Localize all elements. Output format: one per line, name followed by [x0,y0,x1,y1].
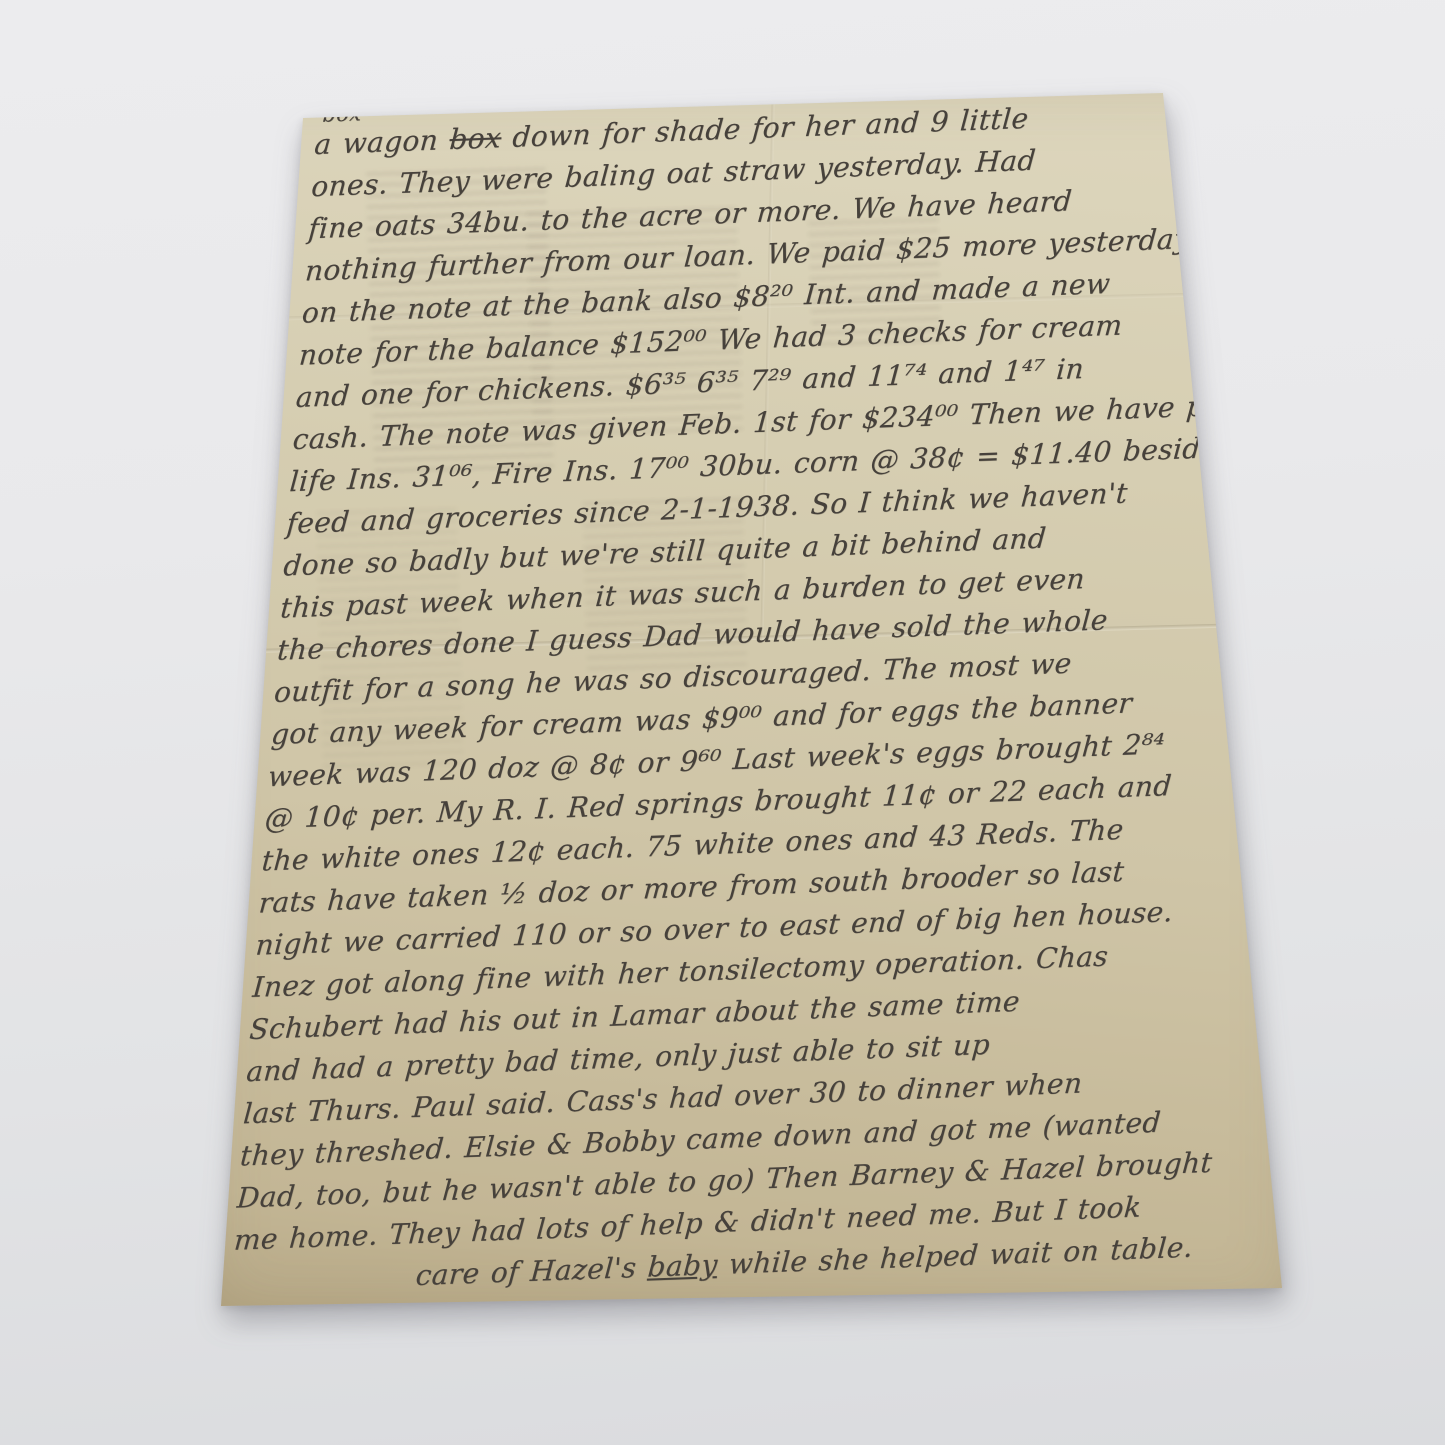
photo-background: boxa wagon box down for shade for her an… [0,0,1445,1445]
inserted-word: box [322,103,363,126]
letter-line-text: care of Hazel's [415,1251,649,1293]
handwritten-letter-text: boxa wagon box down for shade for her an… [229,88,1295,1304]
struck-out-word: box [448,121,502,156]
paper-shadow: boxa wagon box down for shade for her an… [200,80,1300,1320]
letter-line-text: a wagon [313,123,451,161]
letter-paper: boxa wagon box down for shade for her an… [200,80,1300,1320]
underlined-word: baby [647,1248,719,1284]
